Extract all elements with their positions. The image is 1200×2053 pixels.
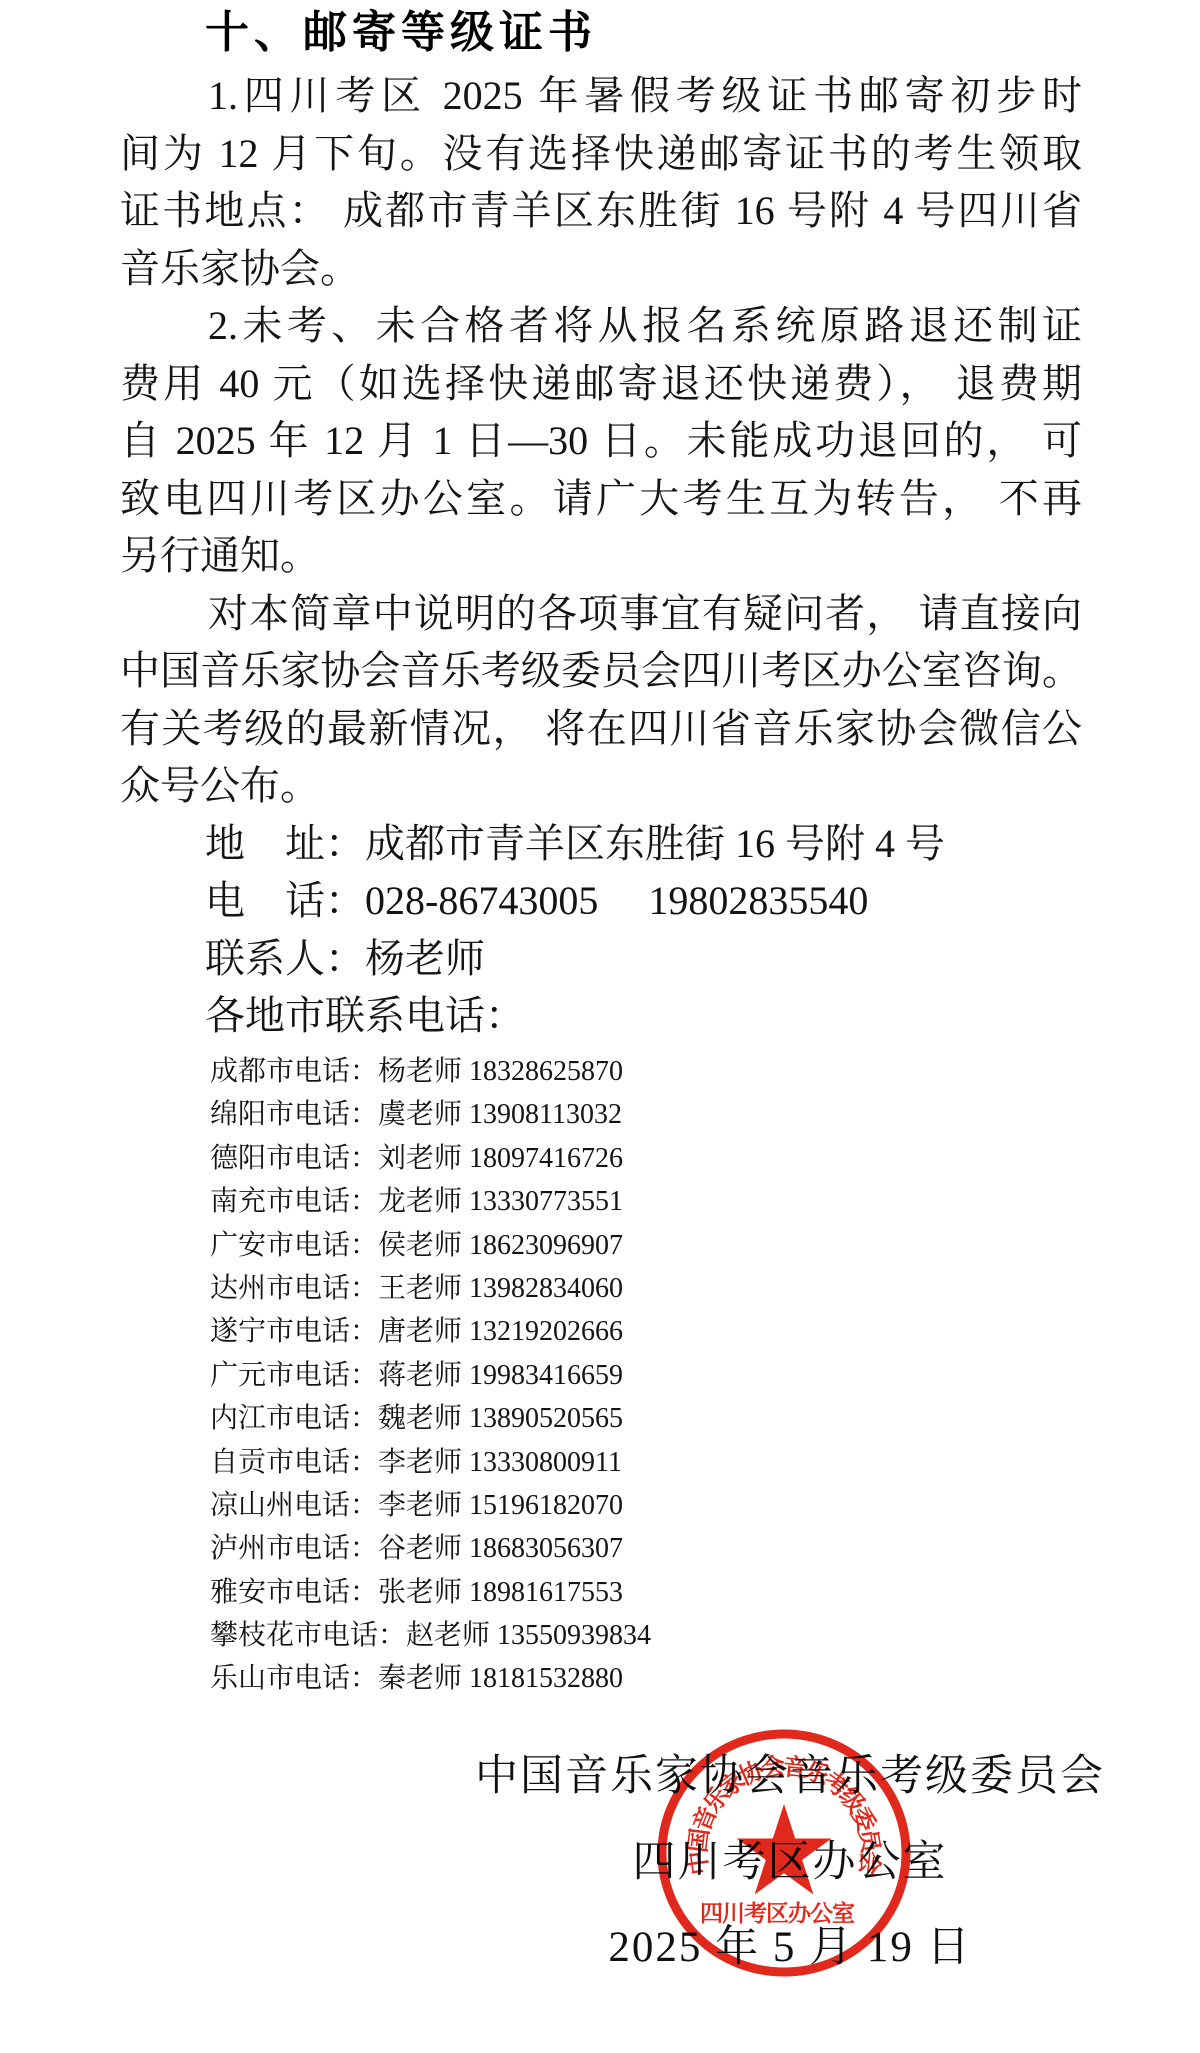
phone-list-item: 遂宁市电话：唐老师 13219202666: [210, 1310, 910, 1353]
paragraph-1-line: 证书地点： 成都市青羊区东胜街 16 号附 4 号四川省: [120, 182, 1082, 240]
phone-list-item: 德阳市电话：刘老师 18097416726: [210, 1137, 910, 1180]
official-red-seal: 中国音乐家协会音乐考级委员会 四川考区办公室: [648, 1723, 920, 1981]
phone-list-item: 达州市电话：王老师 13982834060: [210, 1267, 910, 1310]
city-phone-list: 成都市电话：杨老师 18328625870 绵阳市电话：虞老师 13908113…: [210, 1050, 910, 1701]
phone-list-item: 南充市电话：龙老师 13330773551: [210, 1180, 910, 1223]
paragraph-3-line: 众号公布。: [120, 757, 1082, 815]
phone-list-item: 广元市电话：蒋老师 19983416659: [210, 1354, 910, 1397]
paragraph-3-line: 对本简章中说明的各项事宜有疑问者， 请直接向: [120, 585, 1082, 643]
paragraph-2-line: 2.未考、未合格者将从报名系统原路退还制证: [120, 297, 1082, 355]
paragraph-3-line: 中国音乐家协会音乐考级委员会四川考区办公室咨询。: [120, 642, 1082, 700]
phone-list-item: 雅安市电话：张老师 18981617553: [210, 1571, 910, 1614]
contact-phone: 电 话：028-86743005 19802835540: [120, 872, 1082, 930]
phone-list-item: 绵阳市电话：虞老师 13908113032: [210, 1093, 910, 1136]
seal-bottom-text: 四川考区办公室: [700, 1900, 855, 1926]
paragraph-2-line: 另行通知。: [120, 527, 1082, 585]
contact-list-header: 各地市联系电话：: [120, 987, 1082, 1045]
phone-list-item: 攀枝花市电话：赵老师 13550939834: [210, 1614, 910, 1657]
paragraph-2-line: 致电四川考区办公室。请广大考生互为转告， 不再: [120, 470, 1082, 528]
phone-list-item: 广安市电话：侯老师 18623096907: [210, 1224, 910, 1267]
phone-list-item: 自贡市电话：李老师 13330800911: [210, 1441, 910, 1484]
paragraph-1-line: 间为 12 月下旬。没有选择快递邮寄证书的考生领取: [120, 125, 1082, 183]
star-icon: [736, 1804, 831, 1894]
phone-list-item: 成都市电话：杨老师 18328625870: [210, 1050, 910, 1093]
body-text: 1.四川考区 2025 年暑假考级证书邮寄初步时 间为 12 月下旬。没有选择快…: [120, 67, 1082, 1045]
paragraph-2-line: 自 2025 年 12 月 1 日—30 日。未能成功退回的， 可: [120, 412, 1082, 470]
contact-address: 地 址：成都市青羊区东胜街 16 号附 4 号: [120, 815, 1082, 873]
contact-person: 联系人：杨老师: [120, 930, 1082, 988]
phone-list-item: 泸州市电话：谷老师 18683056307: [210, 1527, 910, 1570]
phone-list-item: 凉山州电话：李老师 15196182070: [210, 1484, 910, 1527]
document-page: 十、邮寄等级证书 1.四川考区 2025 年暑假考级证书邮寄初步时 间为 12 …: [0, 0, 1200, 2053]
paragraph-2-line: 费用 40 元（如选择快递邮寄退还快递费）， 退费期: [120, 355, 1082, 413]
paragraph-1-line: 1.四川考区 2025 年暑假考级证书邮寄初步时: [120, 67, 1082, 125]
paragraph-1-line: 音乐家协会。: [120, 240, 1082, 298]
paragraph-3-line: 有关考级的最新情况， 将在四川省音乐家协会微信公: [120, 700, 1082, 758]
section-title: 十、邮寄等级证书: [205, 8, 597, 58]
phone-list-item: 内江市电话：魏老师 13890520565: [210, 1397, 910, 1440]
phone-list-item: 乐山市电话：秦老师 18181532880: [210, 1657, 910, 1700]
